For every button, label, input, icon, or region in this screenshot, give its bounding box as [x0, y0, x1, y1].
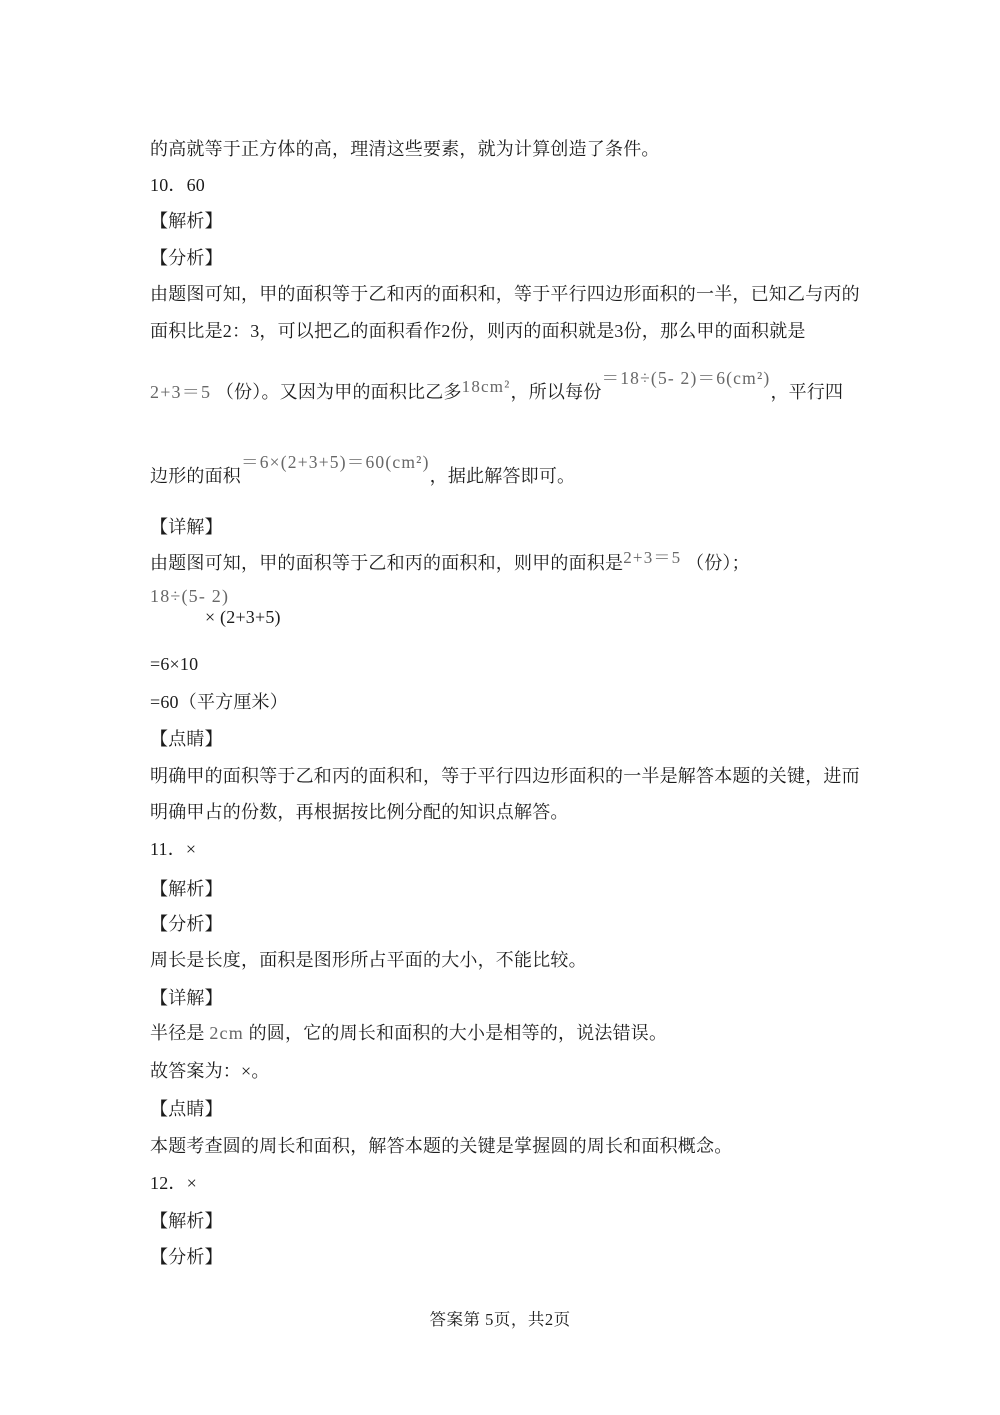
text-segment: =60（平方厘米） — [150, 692, 288, 712]
text-line: 【分析】 — [150, 1246, 223, 1269]
text-line: 12．× — [150, 1172, 197, 1195]
text-segment: 【分析】 — [150, 1247, 223, 1267]
text-line: 明确甲占的份数，再根据按比例分配的知识点解答。 — [150, 801, 569, 824]
text-segment: 【分析】 — [150, 914, 223, 934]
text-segment: 本题考查圆的周长和面积，解答本题的关键是掌握圆的周长和面积概念。 — [150, 1136, 732, 1156]
text-segment: 的圆，它的周长和面积的大小是相等的，说法错误。 — [244, 1023, 667, 1043]
text-line: 周长是长度，面积是图形所占平面的大小，不能比较。 — [150, 949, 587, 972]
text-segment: 故答案为：×。 — [150, 1061, 270, 1081]
text-line: 由题图可知，甲的面积等于乙和丙的面积和，等于平行四边形面积的一半，已知乙与丙的 — [150, 283, 860, 306]
document-page: 的高就等于正方体的高，理清这些要素，就为计算创造了条件。10．60【解析】【分析… — [0, 0, 1000, 1415]
text-segment: 边形的面积 — [150, 466, 241, 486]
formula-segment: ＝6×(2+3+5)＝60(cm²) — [241, 452, 430, 474]
formula-line: 由题图可知，甲的面积等于乙和丙的面积和，则甲的面积是2+3＝5 （份）； — [150, 552, 750, 575]
formula-line: 18÷(5- 2) — [150, 585, 229, 608]
text-segment: 【分析】 — [150, 248, 223, 268]
text-segment: 由题图可知，甲的面积等于乙和丙的面积和，则甲的面积是 — [150, 553, 623, 573]
text-line: 故答案为：×。 — [150, 1060, 270, 1083]
text-segment: 【点睛】 — [150, 729, 223, 749]
formula-segment: 2cm — [209, 1023, 244, 1043]
text-segment: 【解析】 — [150, 879, 223, 899]
text-segment: × (2+3+5) — [205, 607, 281, 627]
page-footer: 答案第 5页，共2页 — [0, 1306, 1000, 1330]
text-line: 【分析】 — [150, 913, 223, 936]
text-line: 本题考查圆的周长和面积，解答本题的关键是掌握圆的周长和面积概念。 — [150, 1135, 732, 1158]
text-segment: 【点睛】 — [150, 1099, 223, 1119]
text-segment: 12．× — [150, 1173, 197, 1193]
text-line: 【解析】 — [150, 1210, 223, 1233]
text-line: 明确甲的面积等于乙和丙的面积和，等于平行四边形面积的一半是解答本题的关键，进而 — [150, 765, 860, 788]
text-line: 【详解】 — [150, 987, 223, 1010]
formula-line: 边形的面积＝6×(2+3+5)＝60(cm²)，据此解答即可。 — [150, 465, 575, 488]
formula-segment: 2+3＝5 — [150, 382, 211, 402]
text-segment: 明确甲占的份数，再根据按比例分配的知识点解答。 — [150, 802, 569, 822]
text-line: 【详解】 — [150, 516, 223, 539]
text-segment: （份）； — [681, 553, 750, 573]
text-segment: 面积比是2：3，可以把乙的面积看作2份，则丙的面积就是3份，那么甲的面积就是 — [150, 321, 806, 341]
text-line: =6×10 — [150, 653, 198, 676]
formula-segment: 18÷(5- 2) — [150, 586, 229, 606]
text-line: 面积比是2：3，可以把乙的面积看作2份，则丙的面积就是3份，那么甲的面积就是 — [150, 320, 806, 343]
text-line: =60（平方厘米） — [150, 691, 288, 714]
text-segment: 【解析】 — [150, 1211, 223, 1231]
text-segment: 周长是长度，面积是图形所占平面的大小，不能比较。 — [150, 950, 587, 970]
text-segment: （份）。又因为甲的面积比乙多 — [211, 382, 462, 402]
text-segment: ，据此解答即可。 — [430, 466, 576, 486]
formula-segment: ＝18÷(5- 2)＝6(cm²) — [602, 368, 771, 390]
formula-line: 半径是 2cm 的圆，它的周长和面积的大小是相等的，说法错误。 — [150, 1022, 667, 1045]
text-segment: ，所以每份 — [511, 382, 602, 402]
formula-segment: 18cm² — [462, 376, 511, 397]
text-segment: 由题图可知，甲的面积等于乙和丙的面积和，等于平行四边形面积的一半，已知乙与丙的 — [150, 284, 860, 304]
text-line: 【分析】 — [150, 247, 223, 270]
text-line: 10．60 — [150, 174, 205, 197]
text-line: 【解析】 — [150, 210, 223, 233]
text-segment: 【详解】 — [150, 517, 223, 537]
text-line: 的高就等于正方体的高，理清这些要素，就为计算创造了条件。 — [150, 138, 660, 161]
text-segment: 明确甲的面积等于乙和丙的面积和，等于平行四边形面积的一半是解答本题的关键，进而 — [150, 766, 860, 786]
text-line: × (2+3+5) — [205, 606, 281, 629]
text-segment: 【解析】 — [150, 211, 223, 231]
text-segment: 的高就等于正方体的高，理清这些要素，就为计算创造了条件。 — [150, 139, 660, 159]
formula-segment: 2+3＝5 — [623, 547, 681, 568]
text-line: 11．× — [150, 838, 196, 861]
text-segment: 半径是 — [150, 1023, 209, 1043]
text-segment: ，平行四 — [770, 382, 843, 402]
text-line: 【解析】 — [150, 878, 223, 901]
formula-line: 2+3＝5 （份）。又因为甲的面积比乙多18cm²，所以每份＝18÷(5- 2)… — [150, 381, 843, 404]
text-segment: =6×10 — [150, 654, 198, 674]
text-segment: 11．× — [150, 839, 196, 859]
text-segment: 【详解】 — [150, 988, 223, 1008]
text-line: 【点睛】 — [150, 728, 223, 751]
text-segment: 10．60 — [150, 175, 205, 195]
text-line: 【点睛】 — [150, 1098, 223, 1121]
